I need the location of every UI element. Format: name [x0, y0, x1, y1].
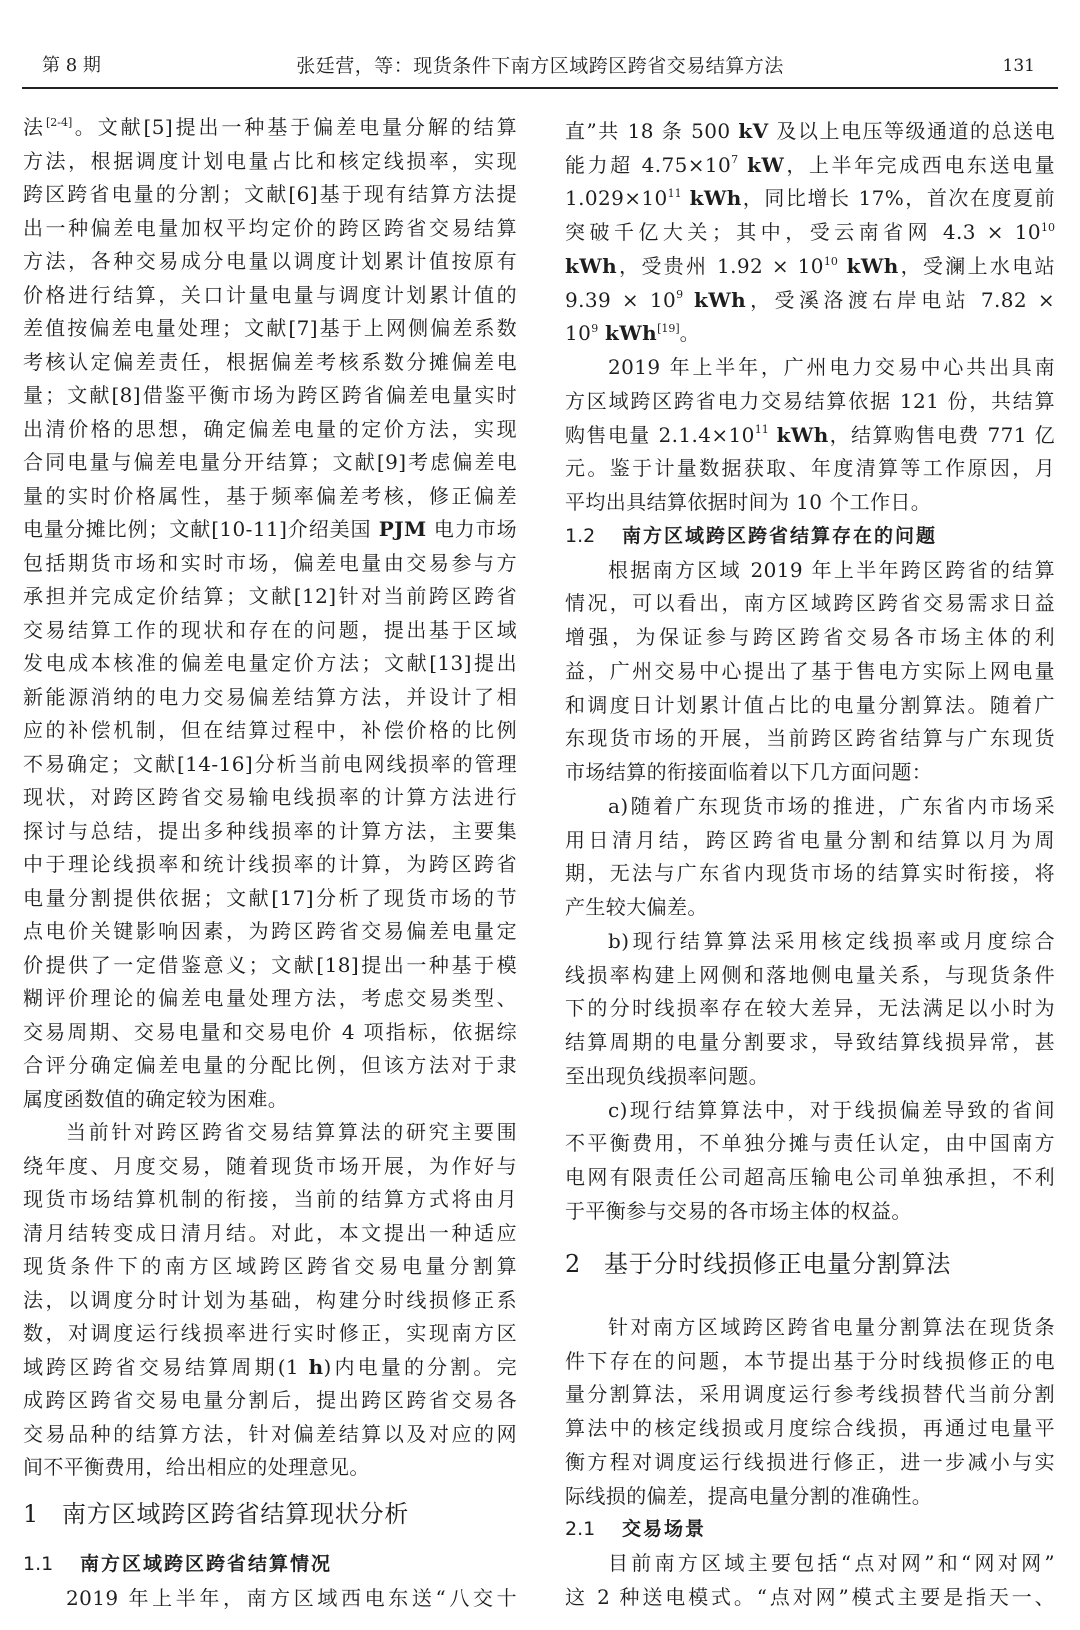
bold-text: kWh — [690, 186, 742, 210]
paragraph-1-1-start: 2019 年上半年，南方区域西电东送“八交十 — [23, 1582, 517, 1616]
page-number: 131 — [1003, 51, 1035, 81]
text-line: 量；文献[8]借鉴平衡市场为跨区跨省偏差电量实时 — [23, 379, 517, 413]
text-line: 量的实时价格属性，基于频率偏差考核，修正偏差 — [23, 480, 517, 514]
running-title: 张廷营，等：现货条件下南方区域跨区跨省交易结算方法 — [0, 51, 1080, 81]
superscript: [19] — [657, 322, 680, 335]
text-line: 中于理论线损率和统计线损率的计算，为跨区跨省 — [23, 848, 517, 882]
text-line: 根据南方区域 2019 年上半年跨区跨省的结算 — [565, 554, 1055, 588]
text-line: 方区域跨区跨省电力交易结算依据 121 份，共结算 — [565, 385, 1055, 419]
text-line: 出一种偏差电量加权平均定价的跨区跨省交易结算 — [23, 212, 517, 246]
right-column: 直”共 18 条 500 kV 及以上电压等级通道的总送电能力超 4.75×10… — [565, 115, 1055, 1615]
text-line: 109 kWh[19]。 — [565, 317, 1055, 351]
text-line: kWh，受贵州 1.92 × 1010 kWh，受澜上水电站 — [565, 250, 1055, 284]
bold-text: kWh — [847, 254, 899, 278]
text-line: 包括期货市场和实时市场，偏差电量由交易参与方 — [23, 547, 517, 581]
text-line: 出清价格的思想，确定偏差电量的定价方法，实现 — [23, 413, 517, 447]
section-heading-1: 1南方区域跨区跨省结算现状分析 — [23, 1498, 517, 1532]
text-line: 发电成本核准的偏差电量定价方法；文献[13]提出 — [23, 647, 517, 681]
bold-text: kWh — [565, 254, 617, 278]
text-line: 衡方程对调度运行线损进行修正，进一步减小与实 — [565, 1446, 1055, 1480]
section-number: 1 — [23, 1498, 62, 1532]
subsection-number: 1.1 — [23, 1548, 80, 1582]
page-header: 第 8 期 张廷营，等：现货条件下南方区域跨区跨省交易结算方法 131 — [0, 51, 1080, 81]
text-line: 交易结算工作的现状和存在的问题，提出基于区域 — [23, 614, 517, 648]
bold-text: h — [309, 1355, 324, 1379]
subsection-heading-2-1: 2.1交易场景 — [565, 1513, 1055, 1547]
subsection-title: 南方区域跨区跨省结算存在的问题 — [622, 525, 937, 547]
paragraph-settlement-stats: 2019 年上半年，广州电力交易中心共出具南方区域跨区跨省电力交易结算依据 12… — [565, 351, 1055, 520]
text-line: 针对南方区域跨区跨省电量分割算法在现货条 — [565, 1311, 1055, 1345]
text-line: 间不平衡费用，给出相应的处理意见。 — [23, 1451, 517, 1485]
text-line: 绕年度、月度交易，随着现货市场开展，为作好与 — [23, 1150, 517, 1184]
text-line: 合评分确定偏差电量的分配比例，但该方法对于隶 — [23, 1049, 517, 1083]
text-line: 算法中的核定线损或月度综合线损，再通过电量平 — [565, 1412, 1055, 1446]
paragraph-1-2-intro: 根据南方区域 2019 年上半年跨区跨省的结算情况，可以看出，南方区域跨区跨省交… — [565, 554, 1055, 790]
text-line: 交易品种的结算方法，针对偏差结算以及对应的网 — [23, 1418, 517, 1452]
text-line: 现状，对跨区跨省交易输电线损率的计算方法进行 — [23, 781, 517, 815]
section-title: 基于分时线损修正电量分割算法 — [604, 1250, 951, 1278]
text-line: 交易周期、交易电量和交易电价 4 项指标，依据综 — [23, 1016, 517, 1050]
text-line: 现货市场结算机制的衔接，当前的结算方式将由月 — [23, 1183, 517, 1217]
superscript: 11 — [755, 423, 769, 436]
text-line: 于平衡参与交易的各市场主体的权益。 — [565, 1195, 1055, 1229]
text-line: 突破千亿大关；其中，受云南省网 4.3 × 1010 — [565, 216, 1055, 250]
text-line: 下的分时线损率存在较大差异，无法满足以小时为 — [565, 992, 1055, 1026]
text-line: 平均出具结算依据时间为 10 个工作日。 — [565, 486, 1055, 520]
section-title: 南方区域跨区跨省结算现状分析 — [62, 1500, 409, 1528]
text-line: 新能源消纳的电力交易偏差结算方法，并设计了相 — [23, 681, 517, 715]
list-item-c: c)现行结算算法中，对于线损偏差导致的省间不平衡费用，不单独分摊与责任认定，由中… — [565, 1094, 1055, 1229]
text-line: 跨区跨省电量的分割；文献[6]基于现有结算方法提 — [23, 178, 517, 212]
text-line: 量分割算法，采用调度运行参考线损替代当前分割 — [565, 1378, 1055, 1412]
text-line: 电网有限责任公司超高压输电公司单独承担，不利 — [565, 1161, 1055, 1195]
text-line: 点电价关键影响因素，为跨区跨省交易偏差电量定 — [23, 915, 517, 949]
subsection-number: 2.1 — [565, 1513, 622, 1547]
text-line: 差值按偏差电量处理；文献[7]基于上网侧偏差系数 — [23, 312, 517, 346]
text-line: 方法，各种交易成分电量以调度计划累计值按原有 — [23, 245, 517, 279]
text-line: 电量分割提供依据；文献[17]分析了现货市场的节 — [23, 882, 517, 916]
text-line: c)现行结算算法中，对于线损偏差导致的省间 — [565, 1094, 1055, 1128]
text-line: 考核认定偏差责任，根据偏差考核系数分摊偏差电 — [23, 346, 517, 380]
header-rule — [22, 87, 1058, 89]
text-line: 益，广州交易中心提出了基于售电方实际上网电量 — [565, 655, 1055, 689]
text-line: 应的补偿机制，但在结算过程中，补偿价格的比例 — [23, 714, 517, 748]
bold-text: PJM — [379, 517, 427, 541]
text-line: 际线损的偏差，提高电量分割的准确性。 — [565, 1480, 1055, 1514]
text-line: a)随着广东现货市场的推进，广东省内市场采 — [565, 790, 1055, 824]
text-line: 1.029×1011 kWh，同比增长 17%，首次在度夏前 — [565, 182, 1055, 216]
text-line: 成跨区跨省交易电量分割后，提出跨区跨省交易各 — [23, 1384, 517, 1418]
text-line: 不平衡费用，不单独分摊与责任认定，由中国南方 — [565, 1127, 1055, 1161]
superscript: 10 — [1041, 221, 1055, 234]
superscript: 7 — [731, 153, 738, 166]
text-line: 糊评价理论的偏差电量处理方法，考虑交易类型、 — [23, 982, 517, 1016]
superscript: 9 — [591, 322, 598, 335]
text-line: 件下存在的问题，本节提出基于分时线损修正的电 — [565, 1345, 1055, 1379]
text-line: 域跨区跨省交易结算周期(1 h)内电量的分割。完 — [23, 1351, 517, 1385]
text-line: 当前针对跨区跨省交易结算算法的研究主要围 — [23, 1116, 517, 1150]
bold-text: kWh — [605, 321, 657, 345]
subsection-heading-1-2: 1.2南方区域跨区跨省结算存在的问题 — [565, 520, 1055, 554]
text-line: 9.39 × 109 kWh，受溪洛渡右岸电站 7.82 × — [565, 284, 1055, 318]
subsection-title: 南方区域跨区跨省结算情况 — [80, 1553, 332, 1575]
text-line: 能力超 4.75×107 kW，上半年完成西电东送电量 — [565, 149, 1055, 183]
text-line: 清月结转变成日清月结。对此，本文提出一种适应 — [23, 1217, 517, 1251]
subsection-number: 1.2 — [565, 520, 622, 554]
superscript: 11 — [668, 187, 682, 200]
text-line: 电量分摊比例；文献[10-11]介绍美国 PJM 电力市场 — [23, 513, 517, 547]
text-line: 线损率构建上网侧和落地侧电量关系，与现货条件 — [565, 959, 1055, 993]
text-line: 市场结算的衔接面临着以下几方面问题： — [565, 756, 1055, 790]
text-line: 现货条件下的南方区域跨区跨省交易电量分割算 — [23, 1250, 517, 1284]
bold-text: kV — [738, 119, 768, 143]
superscript: 9 — [676, 288, 683, 301]
text-line: 这 2 种送电模式。“点对网”模式主要是指天一、 — [565, 1581, 1055, 1615]
text-line: 数，对调度运行线损率进行实时修正，实现南方区 — [23, 1317, 517, 1351]
text-line: 和调度日计划累计值占比的电量分割算法。随着广 — [565, 689, 1055, 723]
text-line: 东现货市场的开展，当前跨区跨省结算与广东现货 — [565, 722, 1055, 756]
list-item-a: a)随着广东现货市场的推进，广东省内市场采用日清月结，跨区跨省电量分割和结算以月… — [565, 790, 1055, 925]
text-line: 不易确定；文献[14-16]分析当前电网线损率的管理 — [23, 748, 517, 782]
paragraph-2-intro: 针对南方区域跨区跨省电量分割算法在现货条件下存在的问题，本节提出基于分时线损修正… — [565, 1311, 1055, 1514]
text-line: 探讨与总结，提出多种线损率的计算方法，主要集 — [23, 815, 517, 849]
text-line: 直”共 18 条 500 kV 及以上电压等级通道的总送电 — [565, 115, 1055, 149]
paragraph-1-1-continued: 直”共 18 条 500 kV 及以上电压等级通道的总送电能力超 4.75×10… — [565, 115, 1055, 351]
bold-text: kW — [747, 153, 784, 177]
list-item-b: b)现行结算算法采用核定线损率或月度综合线损率构建上网侧和落地侧电量关系，与现货… — [565, 925, 1055, 1094]
section-number: 2 — [565, 1248, 604, 1282]
text-line: 2019 年上半年，南方区域西电东送“八交十 — [23, 1582, 517, 1616]
text-line: 价提供了一定借鉴意义；文献[18]提出一种基于模 — [23, 949, 517, 983]
paragraph-scope: 当前针对跨区跨省交易结算算法的研究主要围绕年度、月度交易，随着现货市场开展，为作… — [23, 1116, 517, 1485]
text-line: 目前南方区域主要包括“点对网”和“网对网” — [565, 1547, 1055, 1581]
text-line: 法[2-4]。文献[5]提出一种基于偏差电量分解的结算 — [23, 111, 517, 145]
text-line: 用日清月结，跨区跨省电量分割和结算以月为周 — [565, 824, 1055, 858]
text-line: 2019 年上半年，广州电力交易中心共出具南 — [565, 351, 1055, 385]
section-heading-2: 2基于分时线损修正电量分割算法 — [565, 1248, 1055, 1282]
text-line: 情况，可以看出，南方区域跨区跨省交易需求日益 — [565, 587, 1055, 621]
text-line: 购售电量 2.1.4×1011 kWh，结算购售电费 771 亿 — [565, 419, 1055, 453]
bold-text: kWh — [694, 288, 746, 312]
subsection-title: 交易场景 — [622, 1518, 706, 1540]
superscript: 10 — [824, 255, 838, 268]
text-line: 期，无法与广东省内现货市场的结算实时衔接，将 — [565, 857, 1055, 891]
paragraph-2-1-start: 目前南方区域主要包括“点对网”和“网对网”这 2 种送电模式。“点对网”模式主要… — [565, 1547, 1055, 1615]
text-line: 合同电量与偏差电量分开结算；文献[9]考虑偏差电 — [23, 446, 517, 480]
text-line: 承担并完成定价结算；文献[12]针对当前跨区跨省 — [23, 580, 517, 614]
paragraph-literature-review: 法[2-4]。文献[5]提出一种基于偏差电量分解的结算方法，根据调度计划电量占比… — [23, 111, 517, 1116]
text-line: 增强，为保证参与跨区跨省交易各市场主体的利 — [565, 621, 1055, 655]
text-line: 方法，根据调度计划电量占比和核定线损率，实现 — [23, 145, 517, 179]
text-line: 价格进行结算，关口计量电量与调度计划累计值的 — [23, 279, 517, 313]
bold-text: kWh — [777, 423, 829, 447]
text-line: 产生较大偏差。 — [565, 891, 1055, 925]
text-line: 至出现负线损率问题。 — [565, 1060, 1055, 1094]
subsection-heading-1-1: 1.1南方区域跨区跨省结算情况 — [23, 1548, 517, 1582]
left-column: 法[2-4]。文献[5]提出一种基于偏差电量分解的结算方法，根据调度计划电量占比… — [23, 111, 517, 1615]
text-line: 结算周期的电量分割要求，导致结算线损异常，甚 — [565, 1026, 1055, 1060]
text-line: 元。鉴于计量数据获取、年度清算等工作原因，月 — [565, 452, 1055, 486]
text-line: 属度函数值的确定较为困难。 — [23, 1083, 517, 1117]
superscript: [2-4] — [46, 116, 72, 129]
text-line: b)现行结算算法采用核定线损率或月度综合 — [565, 925, 1055, 959]
text-line: 法，以调度分时计划为基础，构建分时线损修正系 — [23, 1284, 517, 1318]
